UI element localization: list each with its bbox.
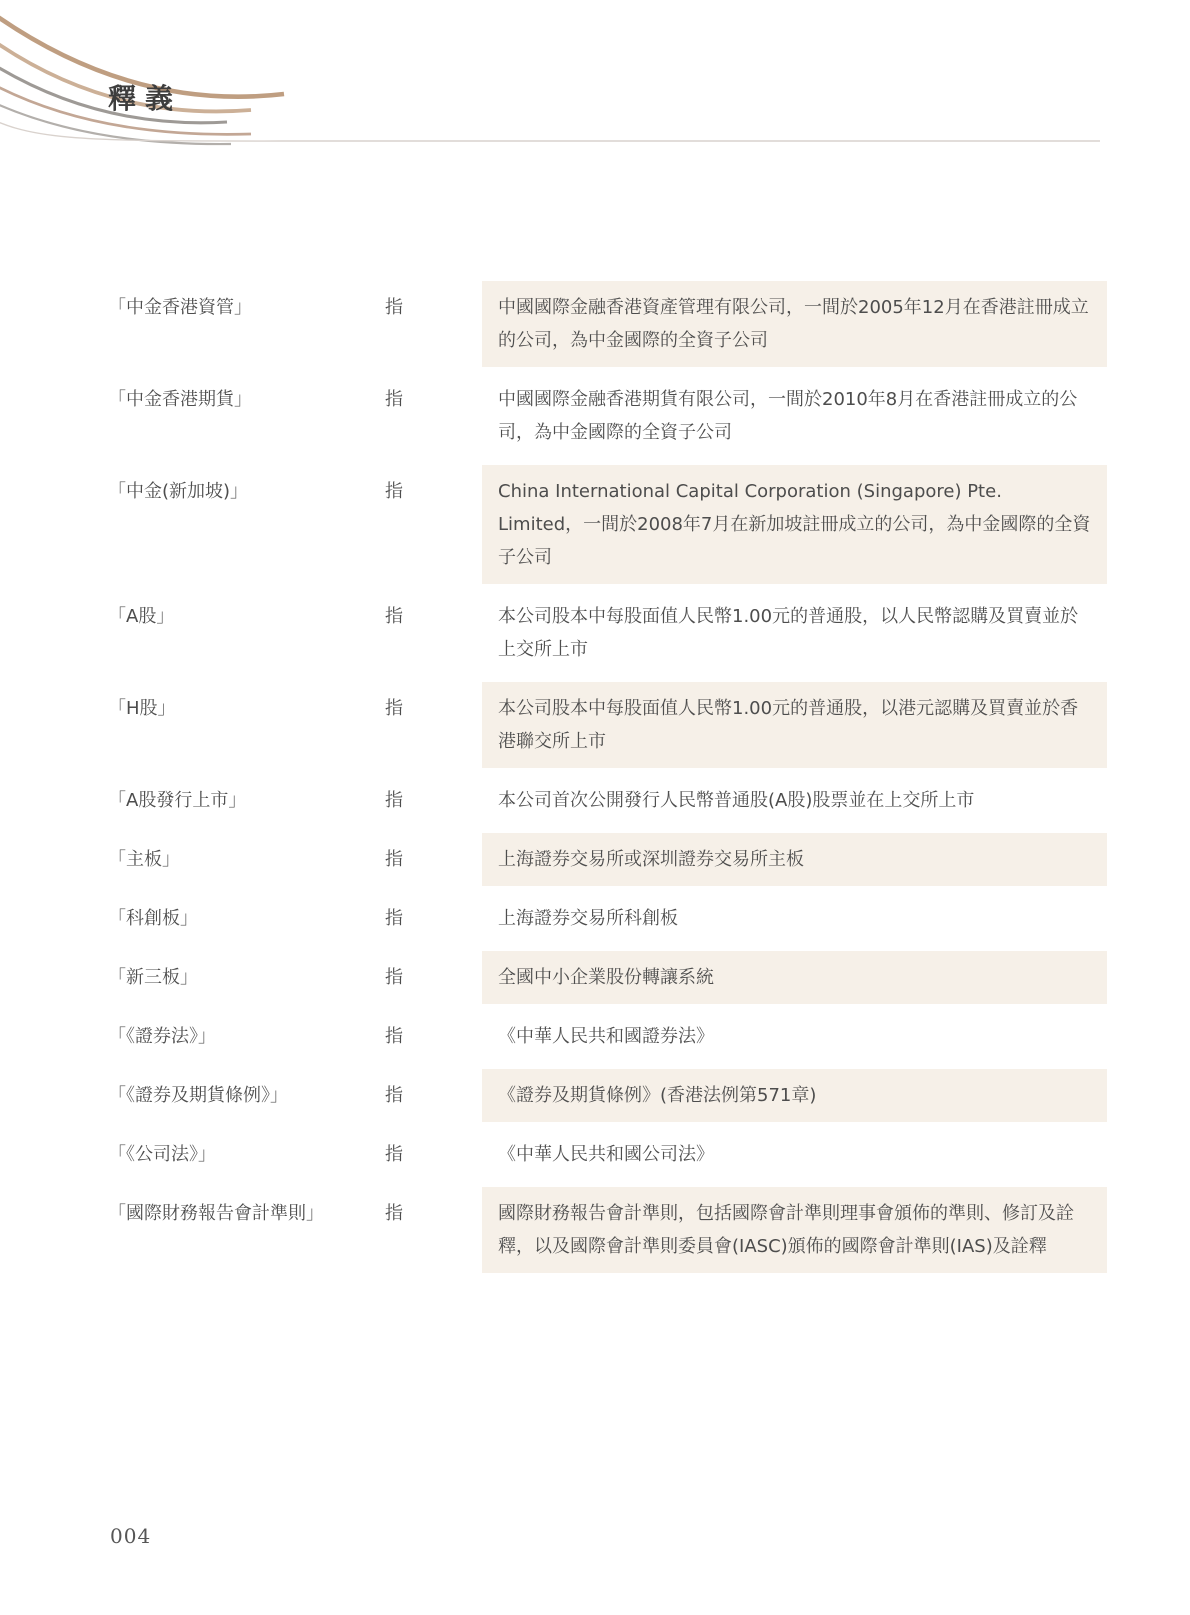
definition-row: 「《公司法》」 指 《中華人民共和國公司法》 (108, 1128, 1107, 1181)
term-cell: 「新三板」 (108, 951, 385, 994)
connector-cell: 指 (385, 1010, 482, 1053)
definition-cell: China International Capital Corporation … (482, 465, 1107, 584)
definition-cell: 全國中小企業股份轉讓系統 (482, 951, 1107, 1004)
term-cell: 「國際財務報告會計準則」 (108, 1187, 385, 1230)
connector-cell: 指 (385, 833, 482, 876)
definition-row: 「國際財務報告會計準則」 指 國際財務報告會計準則，包括國際會計準則理事會頒佈的… (108, 1187, 1107, 1273)
connector-cell: 指 (385, 281, 482, 324)
definition-cell: 本公司股本中每股面值人民幣1.00元的普通股，以人民幣認購及買賣並於上交所上市 (482, 590, 1107, 676)
term-cell: 「《證券法》」 (108, 1010, 385, 1053)
term-cell: 「中金香港期貨」 (108, 373, 385, 416)
connector-cell: 指 (385, 1128, 482, 1171)
definition-row: 「中金香港資管」 指 中國國際金融香港資產管理有限公司，一間於2005年12月在… (108, 281, 1107, 367)
connector-cell: 指 (385, 682, 482, 725)
term-cell: 「A股」 (108, 590, 385, 633)
definition-row: 「主板」 指 上海證券交易所或深圳證券交易所主板 (108, 833, 1107, 886)
connector-cell: 指 (385, 590, 482, 633)
page-number: 004 (110, 1524, 151, 1548)
definition-row: 「中金香港期貨」 指 中國國際金融香港期貨有限公司，一間於2010年8月在香港註… (108, 373, 1107, 459)
term-cell: 「《證券及期貨條例》」 (108, 1069, 385, 1112)
definition-cell: 中國國際金融香港期貨有限公司，一間於2010年8月在香港註冊成立的公司，為中金國… (482, 373, 1107, 459)
definition-cell: 《中華人民共和國證券法》 (482, 1010, 1107, 1063)
page-title: 釋義 (108, 82, 182, 116)
page: 釋義 「中金香港資管」 指 中國國際金融香港資產管理有限公司，一間於2005年1… (0, 0, 1190, 1615)
definition-row: 「A股」 指 本公司股本中每股面值人民幣1.00元的普通股，以人民幣認購及買賣並… (108, 590, 1107, 676)
connector-cell: 指 (385, 1069, 482, 1112)
definition-row: 「中金(新加坡)」 指 China International Capital … (108, 465, 1107, 584)
definition-cell: 中國國際金融香港資產管理有限公司，一間於2005年12月在香港註冊成立的公司，為… (482, 281, 1107, 367)
term-cell: 「《公司法》」 (108, 1128, 385, 1171)
connector-cell: 指 (385, 774, 482, 817)
term-cell: 「主板」 (108, 833, 385, 876)
definition-cell: 本公司首次公開發行人民幣普通股(A股)股票並在上交所上市 (482, 774, 1107, 827)
term-cell: 「中金香港資管」 (108, 281, 385, 324)
definition-row: 「《證券及期貨條例》」 指 《證券及期貨條例》(香港法例第571章) (108, 1069, 1107, 1122)
connector-cell: 指 (385, 1187, 482, 1230)
term-cell: 「科創板」 (108, 892, 385, 935)
definition-cell: 國際財務報告會計準則，包括國際會計準則理事會頒佈的準則、修訂及詮釋，以及國際會計… (482, 1187, 1107, 1273)
definition-row: 「新三板」 指 全國中小企業股份轉讓系統 (108, 951, 1107, 1004)
connector-cell: 指 (385, 465, 482, 508)
definition-cell: 上海證券交易所或深圳證券交易所主板 (482, 833, 1107, 886)
definition-cell: 本公司股本中每股面值人民幣1.00元的普通股，以港元認購及買賣並於香港聯交所上市 (482, 682, 1107, 768)
definition-cell: 《證券及期貨條例》(香港法例第571章) (482, 1069, 1107, 1122)
definition-row: 「《證券法》」 指 《中華人民共和國證券法》 (108, 1010, 1107, 1063)
connector-cell: 指 (385, 951, 482, 994)
term-cell: 「H股」 (108, 682, 385, 725)
definition-row: 「H股」 指 本公司股本中每股面值人民幣1.00元的普通股，以港元認購及買賣並於… (108, 682, 1107, 768)
definition-row: 「科創板」 指 上海證券交易所科創板 (108, 892, 1107, 945)
definitions-table: 「中金香港資管」 指 中國國際金融香港資產管理有限公司，一間於2005年12月在… (108, 281, 1107, 1279)
connector-cell: 指 (385, 373, 482, 416)
term-cell: 「A股發行上市」 (108, 774, 385, 817)
definition-cell: 上海證券交易所科創板 (482, 892, 1107, 945)
term-cell: 「中金(新加坡)」 (108, 465, 385, 508)
definition-row: 「A股發行上市」 指 本公司首次公開發行人民幣普通股(A股)股票並在上交所上市 (108, 774, 1107, 827)
definition-cell: 《中華人民共和國公司法》 (482, 1128, 1107, 1181)
connector-cell: 指 (385, 892, 482, 935)
